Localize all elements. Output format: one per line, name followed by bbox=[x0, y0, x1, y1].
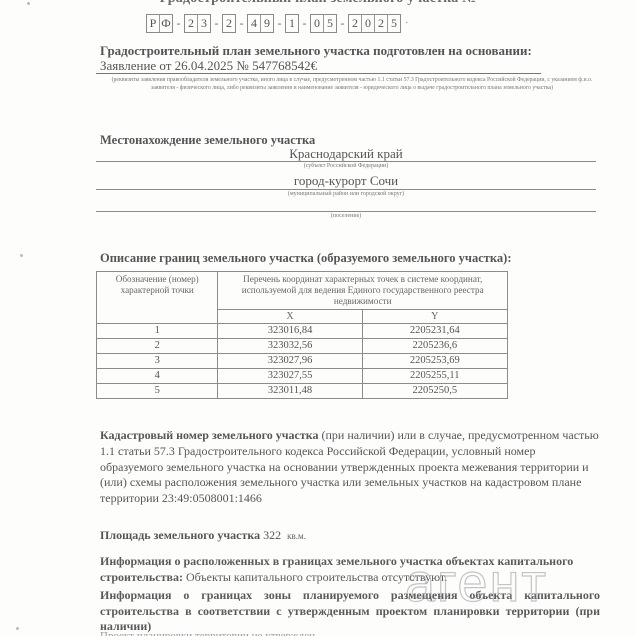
x-coordinate-cell: 323011,48 bbox=[218, 384, 362, 399]
plan-number-digit: 0 bbox=[311, 15, 324, 32]
scan-speck bbox=[20, 254, 23, 257]
location-settlement-caption: (поселение) bbox=[96, 213, 596, 219]
point-number-cell: 4 bbox=[97, 369, 218, 384]
area-section: Площадь земельного участка 322 кв.м. bbox=[100, 528, 306, 543]
plan-number-separator: - bbox=[236, 16, 247, 31]
plan-number-group: 05 bbox=[310, 14, 337, 33]
plan-number-digit: 2 bbox=[349, 15, 362, 32]
x-coordinate-cell: 323016,84 bbox=[218, 324, 362, 339]
plan-number-separator: - bbox=[211, 16, 222, 31]
basis-note: (реквизиты заявления правообладателя зем… bbox=[102, 76, 602, 92]
cadastral-heading: Кадастровый номер земельного участка bbox=[100, 428, 319, 442]
table-row: 1323016,842205231,64 bbox=[97, 324, 508, 339]
plan-number-group: 1 bbox=[285, 14, 299, 33]
plan-number-digit: 5 bbox=[388, 15, 400, 32]
location-subject-caption: (субъект Российской Федерации) bbox=[96, 163, 596, 169]
location-municipality-caption: (муниципальный район или городской округ… bbox=[96, 191, 596, 197]
plan-number-digit: Ф bbox=[160, 15, 172, 32]
plan-number-separator: - bbox=[274, 16, 285, 31]
plan-number-digit: 5 bbox=[324, 15, 336, 32]
x-column-header: X bbox=[218, 310, 362, 324]
location-municipality: город-курорт Сочи bbox=[96, 173, 596, 189]
point-number-cell: 3 bbox=[97, 354, 218, 369]
plan-number-digit: Р bbox=[147, 15, 160, 32]
plan-number-group: РФ bbox=[146, 14, 173, 33]
table-row: 3323027,962205253,69 bbox=[97, 354, 508, 369]
coordinates-table: Обозначение (номер) характерной точки Пе… bbox=[96, 271, 508, 399]
y-coordinate-cell: 2205253,69 bbox=[362, 354, 507, 369]
x-coordinate-cell: 323027,96 bbox=[218, 354, 362, 369]
y-coordinate-cell: 2205250,5 bbox=[362, 384, 507, 399]
point-number-cell: 5 bbox=[97, 384, 218, 399]
plan-number-digit: 1 bbox=[286, 15, 298, 32]
y-column-header: Y bbox=[362, 310, 507, 324]
scan-speck bbox=[16, 627, 19, 630]
location-subject-line bbox=[96, 161, 596, 162]
cadastral-number: 23:49:0508001:1466 bbox=[162, 491, 262, 505]
plan-number-digit: 2 bbox=[185, 15, 198, 32]
plan-number-digit: 9 bbox=[261, 15, 273, 32]
basis-application: Заявление от 26.04.2025 № 547768542€ bbox=[100, 58, 317, 74]
plan-number-group: 2025 bbox=[348, 14, 401, 33]
area-unit: кв.м. bbox=[287, 531, 306, 541]
x-coordinate-cell: 323027,55 bbox=[218, 369, 362, 384]
table-row: 5323011,482205250,5 bbox=[97, 384, 508, 399]
plan-number-separator: - bbox=[299, 16, 310, 31]
document-page: Градостроительный план земельного участк… bbox=[0, 0, 636, 636]
plan-number-digit: 0 bbox=[362, 15, 375, 32]
cadastral-section: Кадастровый номер земельного участка (пр… bbox=[100, 428, 600, 507]
y-coordinate-cell: 2205255,11 bbox=[362, 369, 507, 384]
plan-number-group: 49 bbox=[247, 14, 274, 33]
location-municipality-line bbox=[96, 189, 596, 190]
x-coordinate-cell: 323032,56 bbox=[218, 339, 362, 354]
basis-underline bbox=[96, 73, 541, 74]
table-row: 4323027,552205255,11 bbox=[97, 369, 508, 384]
watermark: агент bbox=[405, 556, 548, 610]
plan-number-digit: 3 bbox=[198, 15, 210, 32]
planned-zone-value-cut: Проект планировки территории не утвержде… bbox=[100, 630, 330, 636]
point-column-header: Обозначение (номер) характерной точки bbox=[97, 272, 218, 324]
point-number-cell: 2 bbox=[97, 339, 218, 354]
y-coordinate-cell: 2205231,64 bbox=[362, 324, 507, 339]
scan-speck bbox=[27, 2, 30, 5]
document-title: Градостроительный план земельного участк… bbox=[0, 0, 636, 7]
plan-number-digit: 4 bbox=[248, 15, 261, 32]
location-subject: Краснодарский край bbox=[96, 146, 596, 162]
boundaries-heading: Описание границ земельного участка (обра… bbox=[100, 251, 512, 266]
plan-number-group: 23 bbox=[184, 14, 211, 33]
basis-heading: Градостроительный план земельного участк… bbox=[100, 43, 532, 59]
coordinates-column-header: Перечень координат характерных точек в с… bbox=[218, 272, 508, 310]
plan-number-digit: 2 bbox=[223, 15, 235, 32]
plan-number-separator: - bbox=[173, 16, 184, 31]
plan-number-group: 2 bbox=[222, 14, 236, 33]
plan-number-digit: 2 bbox=[375, 15, 388, 32]
plan-number: РФ-23-2-49-1-05-2025· bbox=[146, 13, 408, 33]
area-label: Площадь земельного участка bbox=[100, 528, 260, 542]
area-value: 322 bbox=[263, 528, 281, 542]
point-number-cell: 1 bbox=[97, 324, 218, 339]
plan-number-separator: - bbox=[337, 16, 348, 31]
plan-number-trailing: · bbox=[405, 18, 408, 29]
y-coordinate-cell: 2205236,6 bbox=[362, 339, 507, 354]
location-settlement-line bbox=[96, 211, 596, 212]
table-row: 2323032,562205236,6 bbox=[97, 339, 508, 354]
